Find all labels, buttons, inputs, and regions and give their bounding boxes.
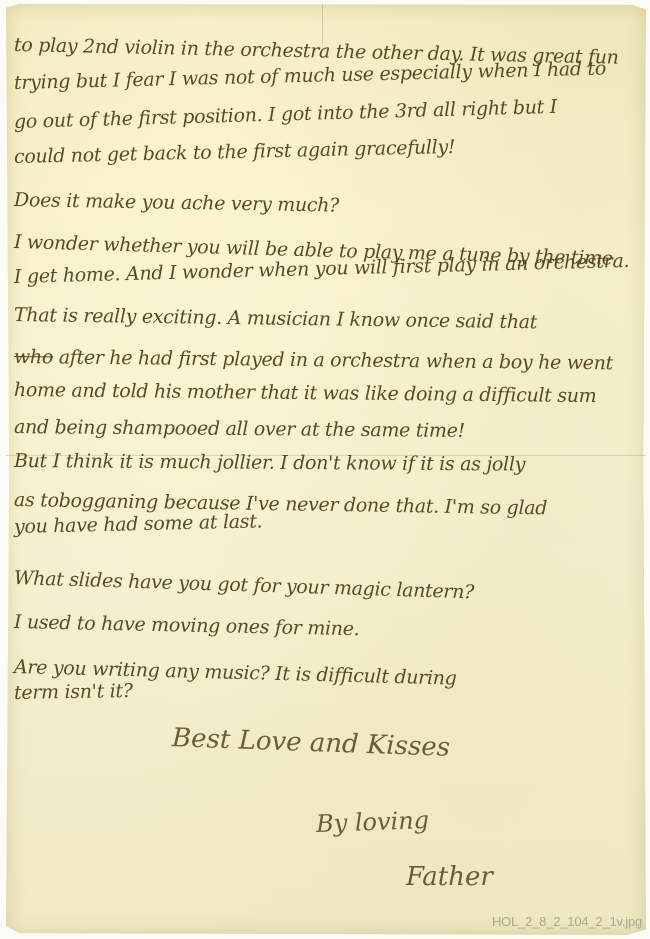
paper-crease-vertical xyxy=(322,4,323,44)
letter-line-11: and being shampooed all over at the same… xyxy=(14,416,465,442)
signature: Father xyxy=(406,862,493,892)
closing-valediction: By loving xyxy=(316,806,430,838)
scanned-letter-page: to play 2nd violin in the orchestra the … xyxy=(0,0,650,939)
letter-line-18: term isn't it? xyxy=(14,680,133,704)
struck-out-word: who xyxy=(14,346,53,368)
filename-watermark: HOL_2_8_2_104_2_1v.jpg xyxy=(492,914,642,929)
letter-line-12: But I think it is much jollier. I don't … xyxy=(14,450,525,476)
